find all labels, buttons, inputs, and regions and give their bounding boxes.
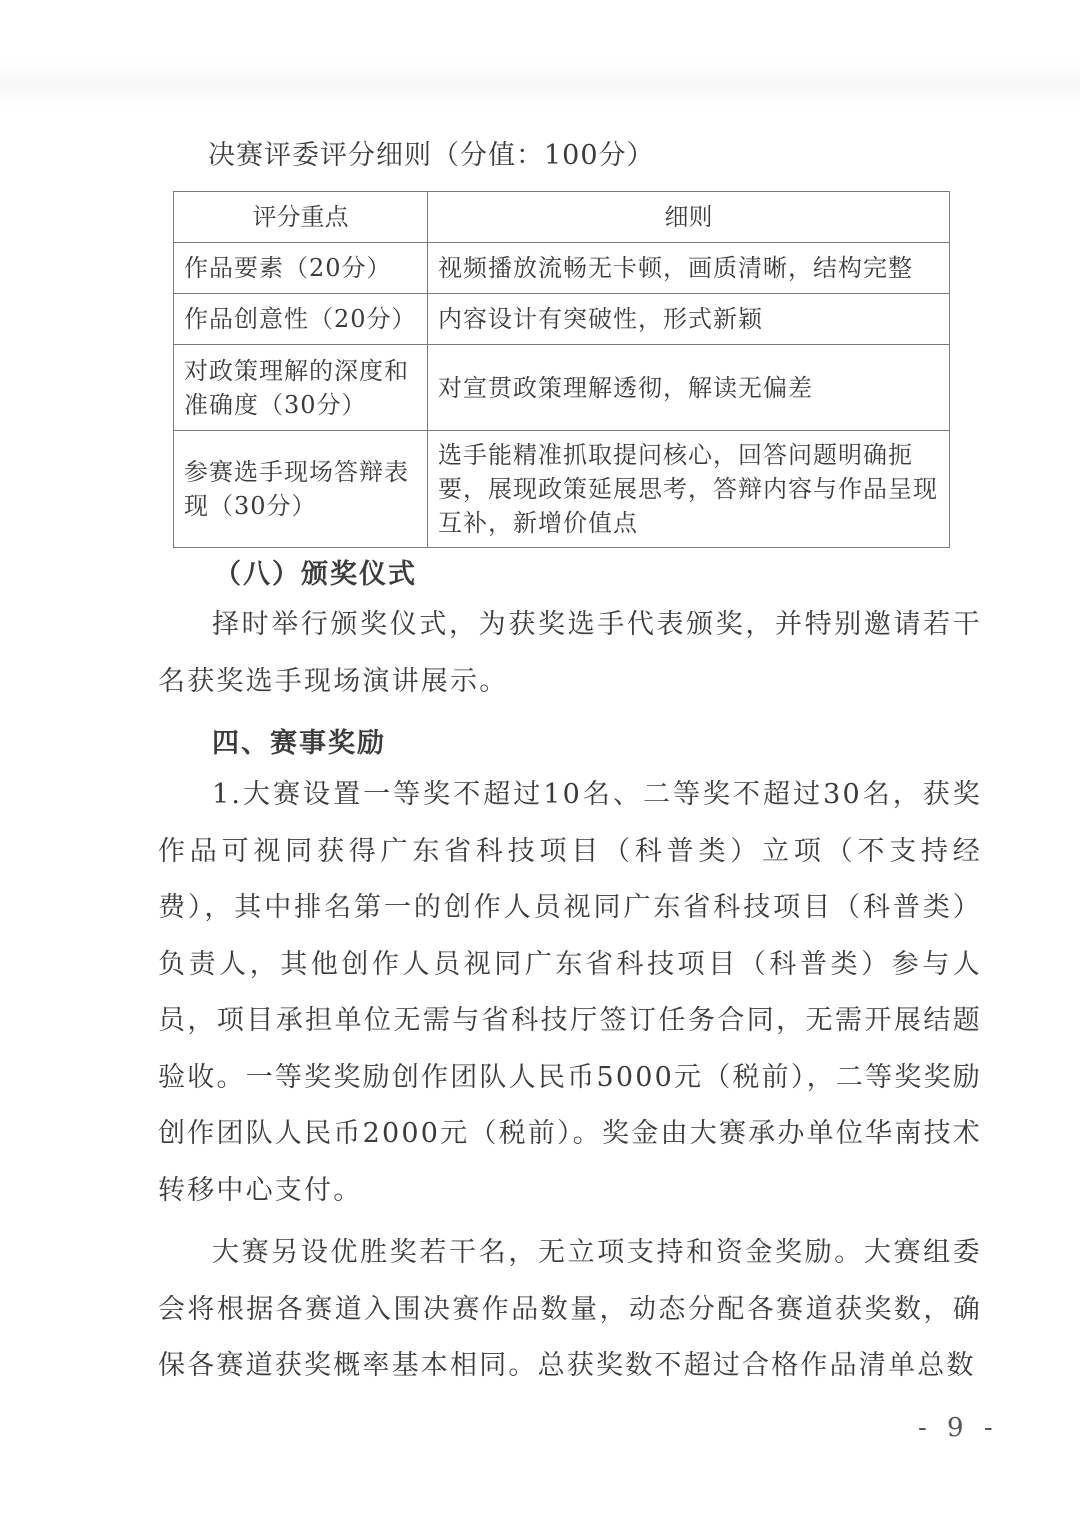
criterion-cell: 作品要素（20分） [174,243,428,294]
paragraph-rewards-2: 大赛另设优胜奖若干名，无立项支持和资金奖励。大赛组委会将根据各赛道入围决赛作品数… [158,1225,982,1395]
table-row: 对政策理解的深度和准确度（30分） 对宣贯政策理解透彻，解读无偏差 [174,345,950,431]
table-caption: 决赛评委评分细则（分值：100分） [208,133,655,172]
page-number: - 9 - [918,1413,999,1443]
scoring-table: 评分重点 细则 作品要素（20分） 视频播放流畅无卡顿，画质清晰，结构完整 作品… [173,191,950,548]
details-cell: 选手能精准抓取提问核心，回答问题明确扼要，展现政策延展思考，答辩内容与作品呈现互… [428,431,950,548]
header-criterion: 评分重点 [174,192,428,243]
table-header-row: 评分重点 细则 [174,192,950,243]
paragraph-award-ceremony: 择时举行颁奖仪式，为获奖选手代表颁奖，并特别邀请若干名获奖选手现场演讲展示。 [158,597,982,710]
scan-artifact-band [0,60,1080,110]
header-details: 细则 [428,192,950,243]
table-row: 参赛选手现场答辩表现（30分） 选手能精准抓取提问核心，回答问题明确扼要，展现政… [174,431,950,548]
details-cell: 视频播放流畅无卡顿，画质清晰，结构完整 [428,243,950,294]
details-cell: 对宣贯政策理解透彻，解读无偏差 [428,345,950,431]
table-row: 作品创意性（20分） 内容设计有突破性，形式新颖 [174,294,950,345]
section-heading-rewards: 四、赛事奖励 [212,721,386,760]
criterion-cell: 对政策理解的深度和准确度（30分） [174,345,428,431]
table-row: 作品要素（20分） 视频播放流畅无卡顿，画质清晰，结构完整 [174,243,950,294]
section-heading-award-ceremony: （八）颁奖仪式 [214,552,417,591]
criterion-cell: 作品创意性（20分） [174,294,428,345]
paragraph-rewards-1: 1.大赛设置一等奖不超过10名、二等奖不超过30名，获奖作品可视同获得广东省科技… [158,767,982,1219]
criterion-cell: 参赛选手现场答辩表现（30分） [174,431,428,548]
details-cell: 内容设计有突破性，形式新颖 [428,294,950,345]
